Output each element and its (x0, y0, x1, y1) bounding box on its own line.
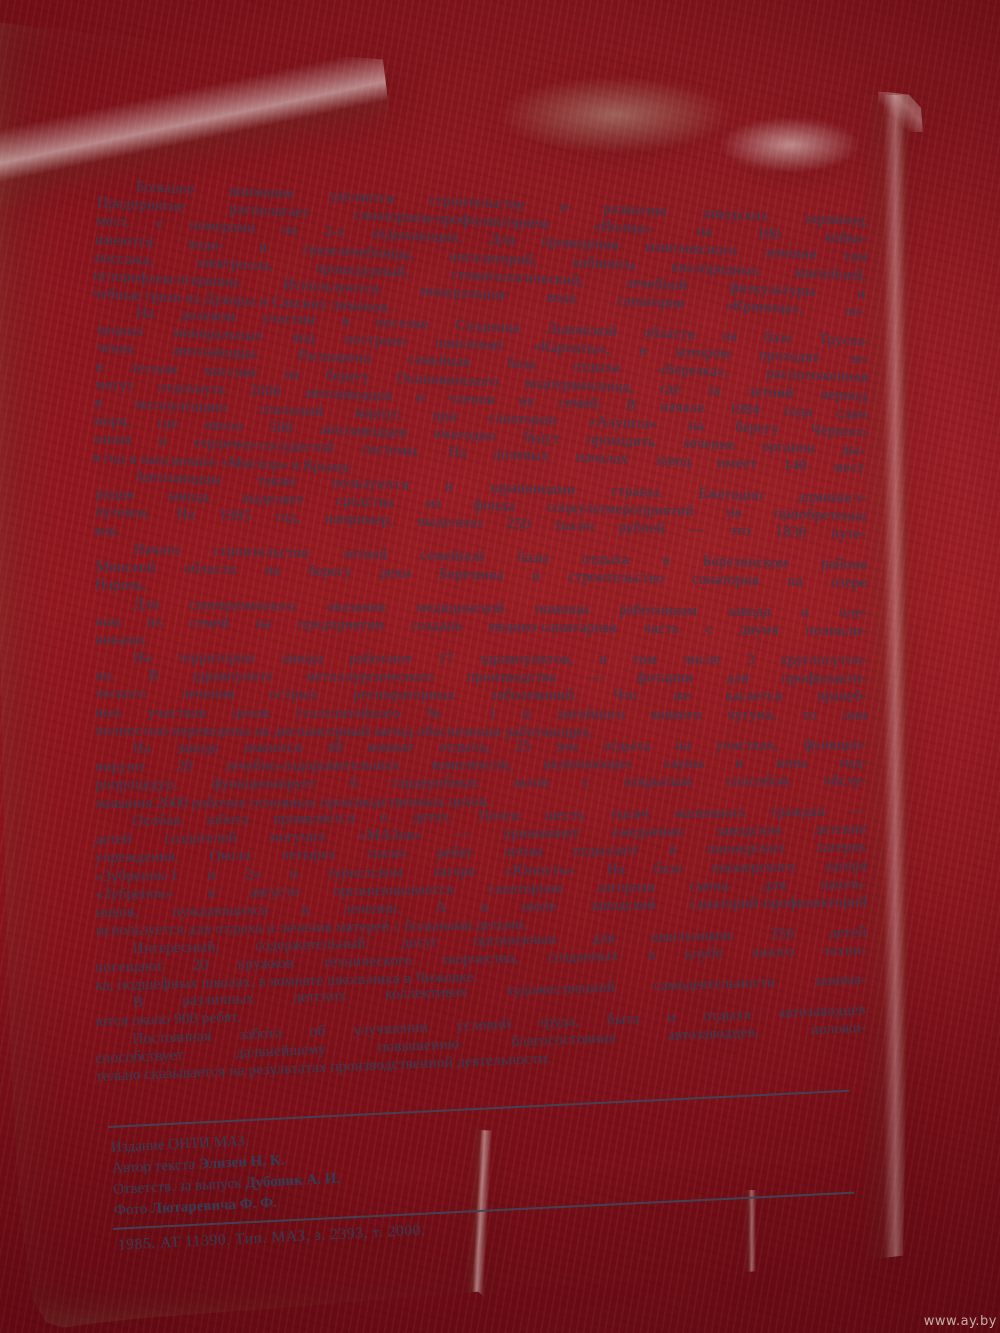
document-page: Большое внимание уделяется строительству… (0, 0, 1000, 1333)
watermark: www.ay.by (924, 1314, 997, 1329)
paragraph: На территории завода работают 17 здравпу… (95, 649, 867, 743)
paragraph: Особая забота проявляется о детях. Почти… (94, 802, 868, 940)
paper-shadow-wrap: Большое внимание уделяется строительству… (0, 0, 1000, 1333)
credit-label: Автор текста (112, 1157, 196, 1177)
credit-name: Дубовик А. И. (241, 1171, 340, 1192)
credit-name: Лютаревича Ф. Ф. (147, 1195, 277, 1217)
credit-name: Элизен Н. К. (194, 1152, 284, 1172)
paper-stain (690, 105, 890, 185)
folded-corner (878, 86, 930, 132)
credit-label: Фото (114, 1201, 148, 1219)
paragraph: На заводе имеются 40 комнат отдыха, 25 з… (95, 736, 867, 813)
paper-crease (862, 95, 910, 1260)
body-text: Большое внимание уделяется строительству… (95, 176, 867, 1086)
paragraph: На долевом участии в поселке Сходница Ль… (92, 303, 870, 496)
